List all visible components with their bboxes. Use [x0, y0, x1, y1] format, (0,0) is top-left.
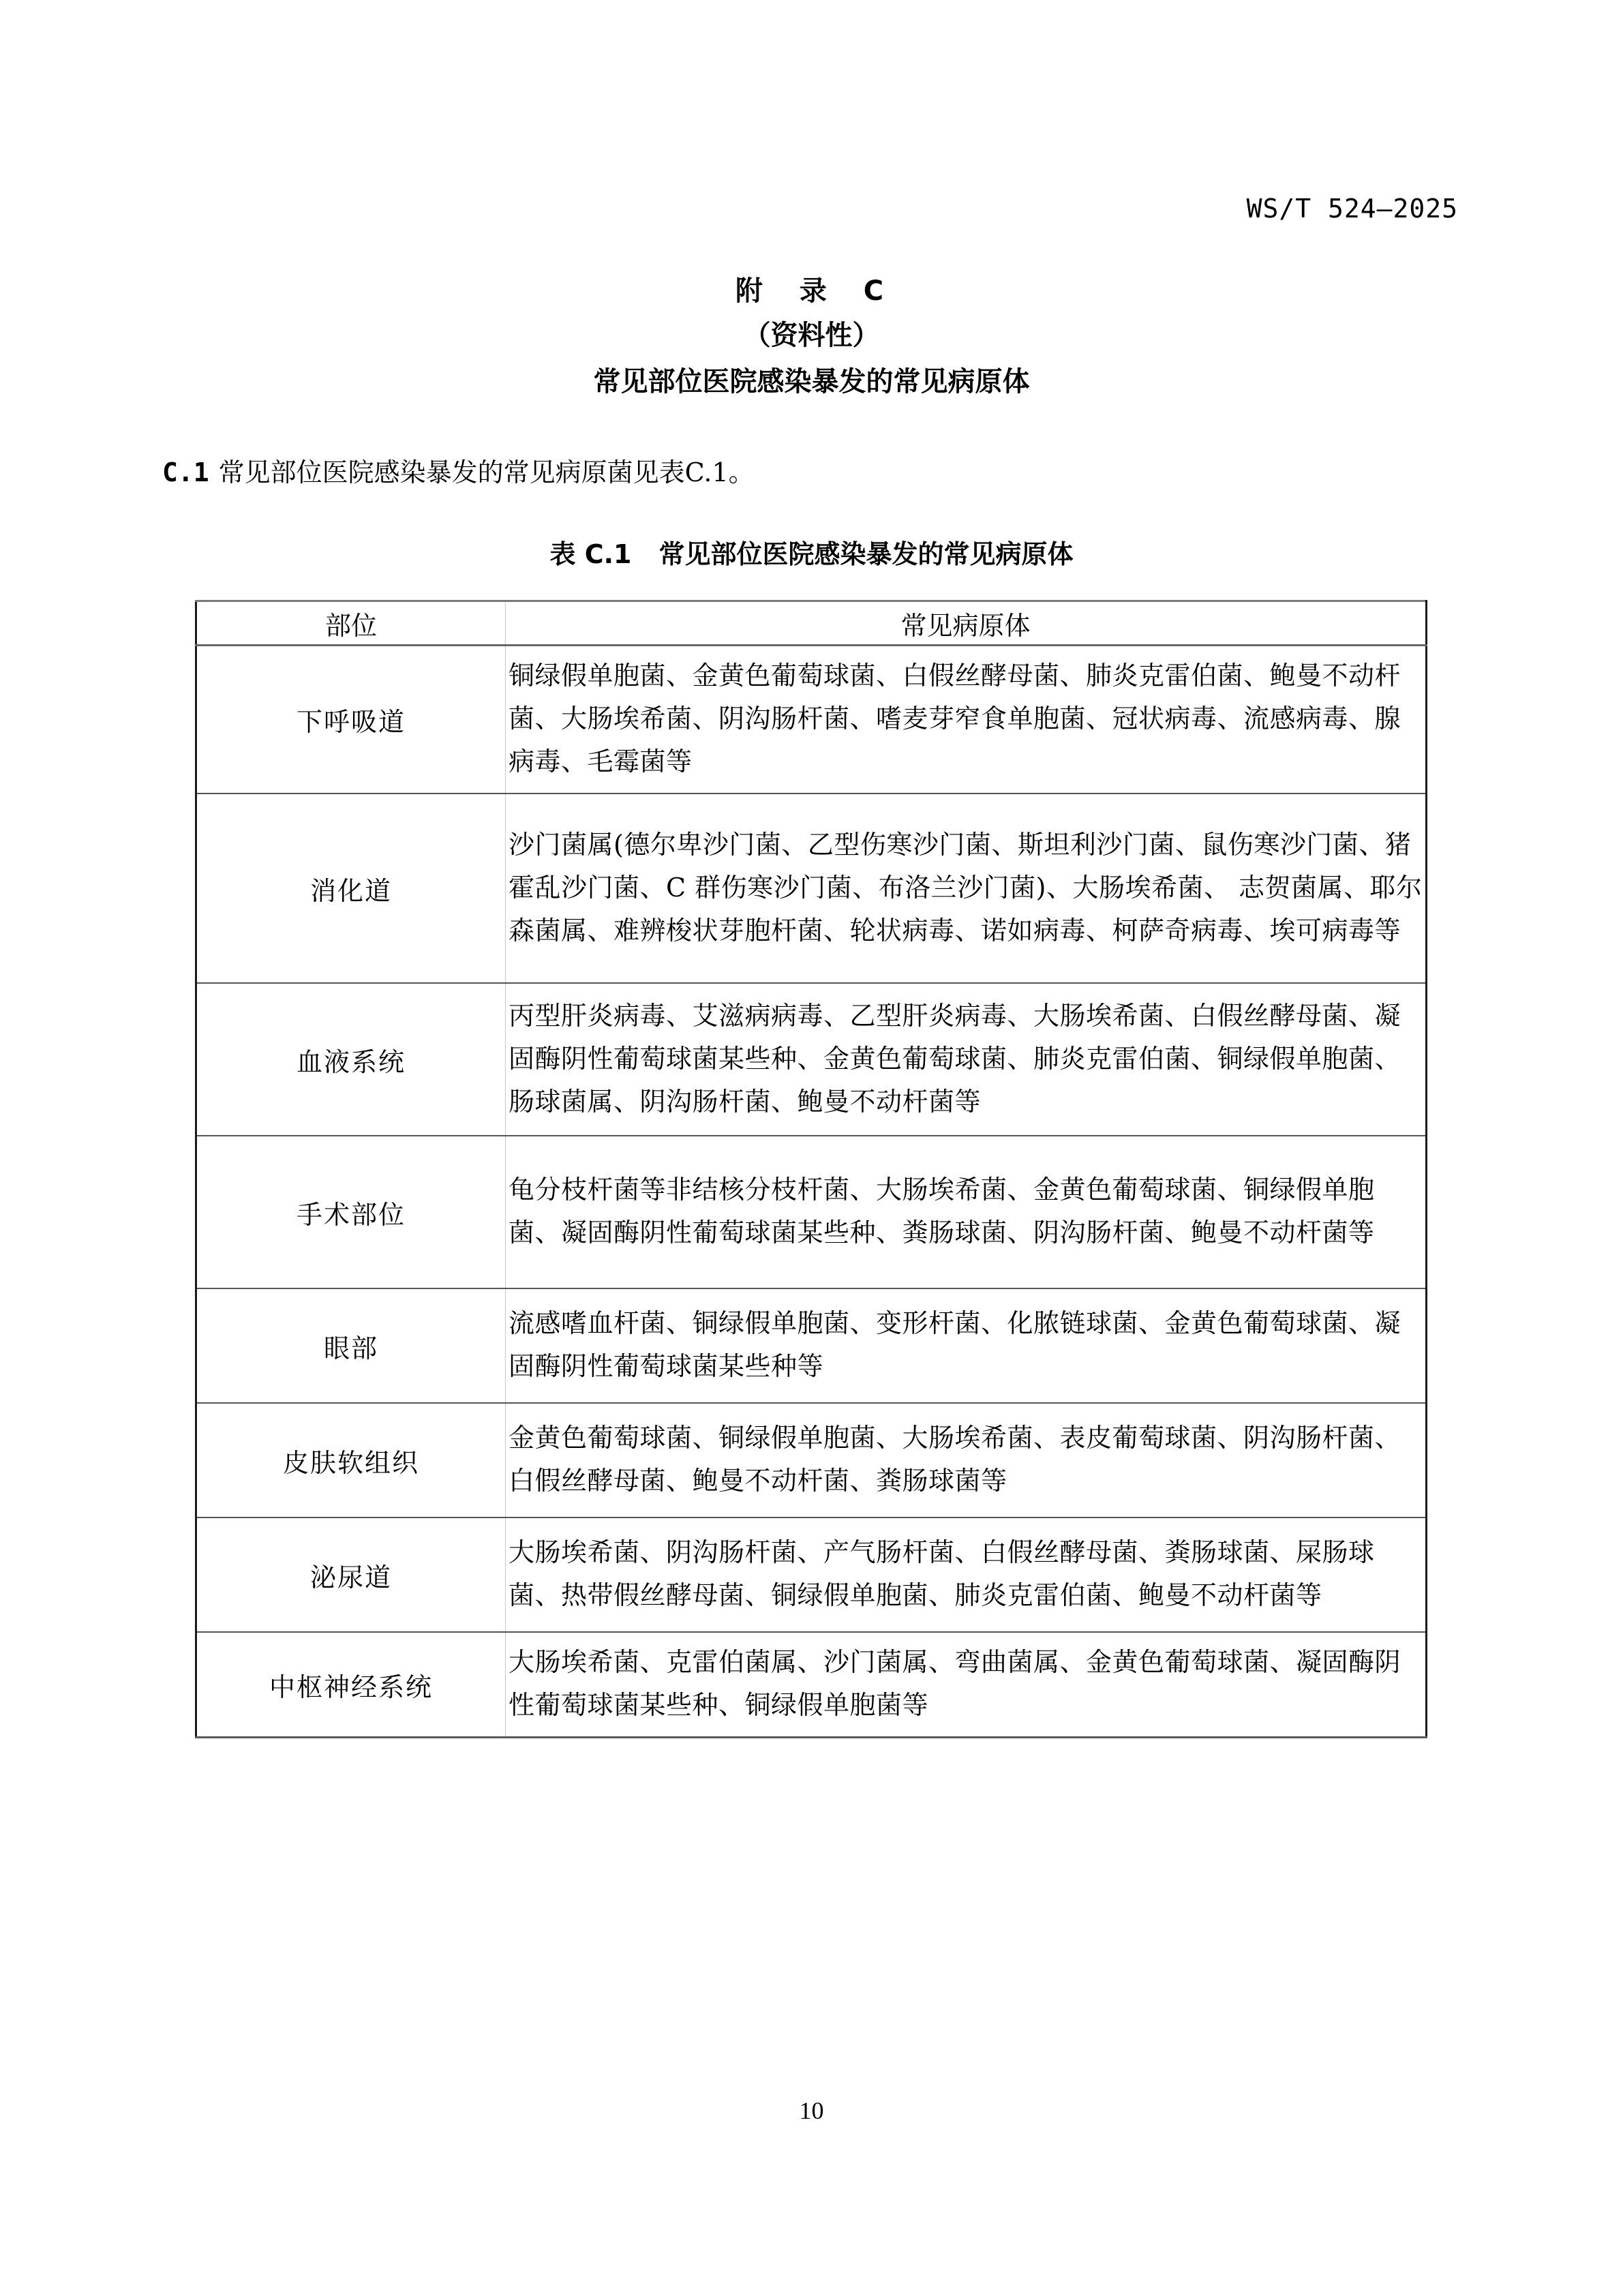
pathogens-cell: 金黄色葡萄球菌、铜绿假单胞菌、大肠埃希菌、表皮葡萄球菌、阴沟肠杆菌、白假丝酵母菌…	[506, 1403, 1427, 1517]
pathogens-cell: 丙型肝炎病毒、艾滋病病毒、乙型肝炎病毒、大肠埃希菌、白假丝酵母菌、凝固酶阴性葡萄…	[506, 983, 1427, 1136]
table-row: 下呼吸道 铜绿假单胞菌、金黄色葡萄球菌、白假丝酵母菌、肺炎克雷伯菌、鲍曼不动杆菌…	[196, 646, 1427, 794]
table-row: 血液系统 丙型肝炎病毒、艾滋病病毒、乙型肝炎病毒、大肠埃希菌、白假丝酵母菌、凝固…	[196, 983, 1427, 1136]
table-caption: 表 C.1常见部位医院感染暴发的常见病原体	[0, 535, 1623, 573]
header-site: 部位	[196, 601, 506, 646]
pathogens-cell: 沙门菌属(德尔卑沙门菌、乙型伤寒沙门菌、斯坦利沙门菌、鼠伤寒沙门菌、猪霍乱沙门菌…	[506, 794, 1427, 983]
site-cell: 血液系统	[196, 983, 506, 1136]
pathogens-cell: 大肠埃希菌、阴沟肠杆菌、产气肠杆菌、白假丝酵母菌、粪肠球菌、屎肠球菌、热带假丝酵…	[506, 1517, 1427, 1632]
table-row: 手术部位 龟分枝杆菌等非结核分枝杆菌、大肠埃希菌、金黄色葡萄球菌、铜绿假单胞菌、…	[196, 1136, 1427, 1288]
pathogens-cell: 大肠埃希菌、克雷伯菌属、沙门菌属、弯曲菌属、金黄色葡萄球菌、凝固酶阴性葡萄球菌某…	[506, 1632, 1427, 1738]
page-number: 10	[0, 2096, 1623, 2125]
table-row: 皮肤软组织 金黄色葡萄球菌、铜绿假单胞菌、大肠埃希菌、表皮葡萄球菌、阴沟肠杆菌、…	[196, 1403, 1427, 1517]
clause-c1: C.1常见部位医院感染暴发的常见病原菌见表C.1。	[162, 453, 755, 492]
appendix-title: 附 录 C	[0, 269, 1623, 313]
site-cell: 泌尿道	[196, 1517, 506, 1632]
pathogens-cell: 铜绿假单胞菌、金黄色葡萄球菌、白假丝酵母菌、肺炎克雷伯菌、鲍曼不动杆菌、大肠埃希…	[506, 646, 1427, 794]
table-caption-number: 表 C.1	[549, 539, 631, 569]
table-caption-title: 常见部位医院感染暴发的常见病原体	[658, 539, 1073, 569]
pathogens-cell: 流感嗜血杆菌、铜绿假单胞菌、变形杆菌、化脓链球菌、金黄色葡萄球菌、凝固酶阴性葡萄…	[506, 1288, 1427, 1403]
site-cell: 手术部位	[196, 1136, 506, 1288]
table-row: 消化道 沙门菌属(德尔卑沙门菌、乙型伤寒沙门菌、斯坦利沙门菌、鼠伤寒沙门菌、猪霍…	[196, 794, 1427, 983]
standard-code: WS/T 524—2025	[1247, 194, 1458, 224]
site-cell: 中枢神经系统	[196, 1632, 506, 1738]
appendix-heading: 常见部位医院感染暴发的常见病原体	[0, 359, 1623, 404]
site-cell: 皮肤软组织	[196, 1403, 506, 1517]
table-row: 眼部 流感嗜血杆菌、铜绿假单胞菌、变形杆菌、化脓链球菌、金黄色葡萄球菌、凝固酶阴…	[196, 1288, 1427, 1403]
pathogen-table: 部位 常见病原体 下呼吸道 铜绿假单胞菌、金黄色葡萄球菌、白假丝酵母菌、肺炎克雷…	[195, 600, 1427, 1738]
site-cell: 眼部	[196, 1288, 506, 1403]
clause-number: C.1	[162, 457, 209, 487]
appendix-header: 附 录 C （资料性） 常见部位医院感染暴发的常见病原体	[0, 269, 1623, 404]
site-cell: 下呼吸道	[196, 646, 506, 794]
header-pathogens: 常见病原体	[506, 601, 1427, 646]
table-row: 泌尿道 大肠埃希菌、阴沟肠杆菌、产气肠杆菌、白假丝酵母菌、粪肠球菌、屎肠球菌、热…	[196, 1517, 1427, 1632]
clause-text: 常见部位医院感染暴发的常见病原菌见表C.1。	[219, 457, 755, 487]
pathogens-cell: 龟分枝杆菌等非结核分枝杆菌、大肠埃希菌、金黄色葡萄球菌、铜绿假单胞菌、凝固酶阴性…	[506, 1136, 1427, 1288]
table-header-row: 部位 常见病原体	[196, 601, 1427, 646]
site-cell: 消化道	[196, 794, 506, 983]
table-row: 中枢神经系统 大肠埃希菌、克雷伯菌属、沙门菌属、弯曲菌属、金黄色葡萄球菌、凝固酶…	[196, 1632, 1427, 1738]
appendix-nature: （资料性）	[0, 313, 1623, 358]
